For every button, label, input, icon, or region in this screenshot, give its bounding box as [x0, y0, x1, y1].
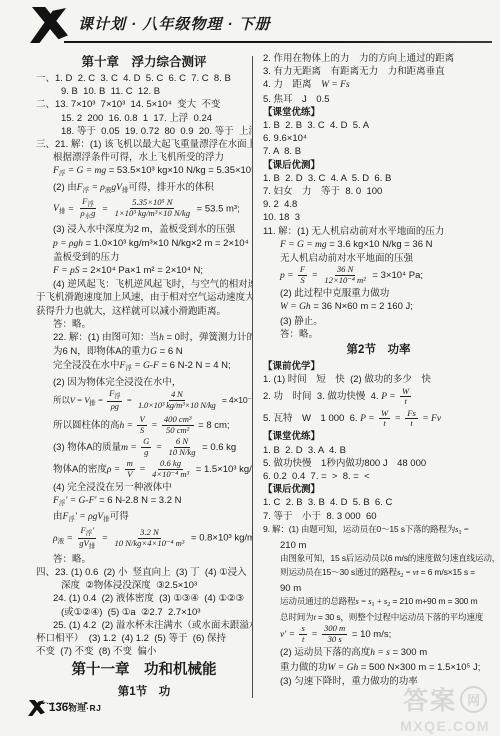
math-text: = [65, 204, 76, 214]
page-footer: 136 物理·RJ [28, 698, 101, 718]
math-text: ′ = ρg [75, 512, 98, 522]
text-line: F浮 = G = mg = 53.5×10³ kg×10 N/kg = 5.35… [36, 164, 252, 180]
text-line: 18. 等于 0.05 19. 0.72 80 0.9 20. 等于 上浮 [36, 125, 252, 138]
fraction: 0.6 kg4×10⁻⁴ m³ [150, 459, 191, 480]
fraction: Fst [405, 409, 418, 430]
text-line: 7. 妇女 力 等于 8. 0 100 [263, 185, 494, 198]
fraction: FS [298, 265, 307, 286]
math-text: t [314, 612, 316, 622]
math-text: m [127, 458, 133, 468]
math-text: ρg [111, 401, 119, 411]
math-text: S [140, 425, 144, 435]
left-column: 第十章 浮力综合测评一、1. D 2. C 3. C 4. D 5. C 6. … [36, 52, 252, 704]
text-line: 9. 解：(1) 由题可知，运动员在0～15 s下落的路程为s1 = [263, 523, 494, 539]
math-text: h = [120, 421, 136, 431]
text-line: 运动员通过的总路程s = s1 + s2 = 210 m+90 m = 300 … [263, 595, 494, 611]
math-text: W = Gh [328, 663, 359, 673]
math-variable: V排 [84, 395, 95, 405]
math-text: = [137, 465, 148, 475]
math-text: = vt [403, 567, 418, 577]
math-text: Fs [407, 408, 416, 418]
math-text: p = ρgh [53, 239, 83, 249]
fraction: VS [137, 415, 146, 436]
math-text: F = G = mg [280, 240, 327, 250]
text-line: 1. B 2. D 3. A 4. B [263, 444, 494, 457]
text-line: 盖板受到的压力 [36, 251, 252, 264]
math-text: g [144, 447, 148, 457]
text-line: 为6 N，即物体A的重力G = 6 N [36, 345, 252, 359]
math-text: s = [356, 596, 369, 606]
text-line: (4) 逆风起飞：飞机逆风起飞时，与空气的相对速度等 [36, 278, 252, 291]
fraction: mV [125, 459, 135, 480]
fraction: 3.2 N10 N/kg×4×10⁻⁴ m³ [112, 528, 186, 549]
math-text: = [124, 395, 134, 405]
text-line: p = ρgh = 1.0×10³ kg/m³×10 N/kg×2 m = 2×… [36, 237, 252, 251]
math-text: W [402, 386, 409, 396]
math-text: = G = mg [65, 166, 106, 176]
math-text: t [410, 418, 412, 428]
text-line: 完全浸没在水中F浮 = G-F = 6 N-2 N = 4 N; [36, 359, 252, 375]
block-label: 【课后优测】 [263, 483, 494, 496]
math-text: G [150, 347, 157, 357]
math-text: h [159, 333, 164, 343]
text-line: 二、13. 7×10³ 7×10³ 14. 5×10⁴ 变大 不变 [36, 98, 252, 111]
fraction: F浮′gV排 [77, 526, 97, 550]
text-line: 7. 等于 小于 8. 3 000 60 [263, 510, 494, 523]
text-line: 重力做的功W = Gh = 500 N×300 m = 1.5×10⁵ J; [263, 661, 494, 675]
brand-logo-icon [30, 7, 68, 43]
fraction: Wt [379, 409, 390, 430]
text-line: 深度 ②物体浸没深度 ③2.5×10³ [36, 579, 252, 592]
text-line: 答：略。 [36, 318, 252, 331]
text-line: 10. 18 3 [263, 211, 494, 224]
text-line: 由F浮′ = ρgV排可得 [36, 510, 252, 526]
text-line: (2) 此过程中克服重力做功 [263, 287, 494, 300]
text-line: 11. 解：(1) 无人机启动前对水平地面的压力 [263, 225, 494, 238]
text-line: 答：略。 [263, 328, 494, 341]
math-text: = [309, 271, 320, 281]
text-line: 根据漂浮条件可得，水上飞机所受的浮力 [36, 151, 252, 164]
text-line: 9. B 10. B 11. C 12. B [36, 85, 252, 98]
chapter-11-heading: 第十一章 功和机械能 [36, 658, 252, 683]
math-text: s [301, 623, 304, 633]
fraction: 400 cm³50 cm² [162, 415, 194, 436]
block-label: 【课堂优练】 [263, 430, 494, 443]
math-variable: F浮 [63, 512, 75, 522]
text-line: 所以圆柱体的高h = VS = 400 cm³50 cm² = 8 cm; [36, 415, 252, 437]
math-text: P = [381, 392, 398, 402]
math-text: t [383, 418, 385, 428]
text-line: (3) 浸入水中深度为2 m，盖板受到水的压强 [36, 223, 252, 236]
text-line: v′ = st = 300 m30 s = 10 m/s; [263, 624, 494, 646]
math-variable: F浮 [82, 196, 94, 206]
fraction: F浮ρg [107, 389, 122, 411]
math-text: = [149, 421, 160, 431]
block-label: 【课后优测】 [263, 159, 494, 172]
page-number: 136 [49, 702, 68, 714]
math-text: v′ = [280, 630, 297, 640]
text-line: F浮′ = G-F′ = 6 N-2.8 N = 3.2 N [36, 494, 252, 510]
text-line: (2) 运动员下落的高度h = s = 300 m [263, 646, 494, 660]
math-text: = Fv [420, 414, 441, 424]
fraction: Wt [400, 387, 411, 408]
math-variable: V排 [84, 538, 96, 548]
text-line: 4. 力 距离 W = Fs [263, 78, 494, 92]
text-line: 25. (1) 4.2 (2) 溢水杯未注满水（或水面未跟溢水杯 [36, 619, 252, 632]
math-variable: F浮 [53, 166, 65, 176]
text-line: 于飞机滑跑速度加上风速，由于相对空气运动速度大， [36, 291, 252, 304]
text-line: (2) 由F浮 = ρ液gV排可得，排开水的体积 [36, 181, 252, 197]
text-line: (或①②④) (5) ①a ②2.7 2.7×10³ [36, 606, 252, 619]
header-rule [64, 41, 492, 43]
math-variable: F浮 [109, 388, 120, 398]
text-line: 由图象可知，15 s后运动员以6 m/s的速度做匀速直线运动， [263, 552, 494, 565]
math-text: = G-F [132, 361, 159, 371]
math-text: h = s [370, 648, 390, 658]
text-line: 不变 (7) 不变 (8) 不变 偏小 [36, 645, 252, 658]
text-line: 一、1. D 2. C 3. C 4. D 5. C 6. C 7. C 8. … [36, 72, 252, 85]
text-line: 答：略。 [36, 553, 252, 566]
math-text: g [79, 538, 83, 548]
text-line: 三、21. 解：(1) 该飞机以最大起飞重量漂浮在水面上时， [36, 138, 252, 151]
math-variable: s2 [384, 596, 390, 606]
math-text: = [392, 414, 403, 424]
text-line: 5. 焦耳 J 0.5 [263, 93, 494, 106]
text-line: 获得升力也就大，这样就可以减小滑跑距离。 [36, 305, 252, 318]
math-text: F = pS [53, 266, 79, 276]
math-text: = [64, 534, 75, 544]
math-text: ′ = G-F′ [65, 496, 96, 506]
math-text: S [300, 275, 304, 285]
math-text: t [302, 634, 304, 644]
math-text: g [91, 208, 95, 218]
text-line: (3) 静止。 [263, 315, 494, 328]
math-variable: ρ水 [80, 208, 91, 218]
text-line: V排 = F浮ρ水g = 5.35×10⁵ N1×10³ kg/m³×10 N/… [36, 197, 252, 223]
text-line: 1. C 2. B 3. B 4. D 5. B 6. C [263, 496, 494, 509]
fraction: Gg [141, 437, 151, 458]
math-text: W = Fs [321, 80, 350, 90]
text-line: 2. 作用在物体上的力 力的方向上通过的距离 [263, 52, 494, 65]
math-text: P = [360, 414, 377, 424]
watermark-site-url: MXQE.COM [400, 718, 490, 734]
math-text: + [374, 596, 384, 606]
text-line: 无人机启动前对水平地面的压强 [263, 252, 494, 265]
footer-logo-icon [28, 700, 45, 716]
text-line: (2) 因为物体完全浸没在水中， [36, 376, 252, 389]
text-line: 90 m [263, 582, 494, 595]
fraction: 6 N10 N/kg [167, 437, 198, 458]
text-line: 24. (1) 0.4 (2) 液体密度 (3) ①③④ (4) ①②③ [36, 592, 252, 605]
math-text: = [96, 395, 106, 405]
math-variable: V排 [116, 183, 128, 193]
watermark-site-circle-icon: 网 [460, 686, 487, 713]
text-line: 2. 功 时间 3. 做功快慢 4. P = Wt [263, 386, 494, 408]
fraction: 300 m30 s [322, 624, 347, 645]
math-text: = [461, 524, 469, 534]
text-line: W = Gh = 36 N×60 m = 2 160 J; [263, 300, 494, 314]
text-line: (4) 完全浸没在另一种液体中 [36, 481, 252, 494]
watermark-site-name: 答案 [403, 681, 457, 717]
page: 课计划 · 八年级物理 · 下册 第十章 浮力综合测评一、1. D 2. C 3… [0, 0, 500, 736]
math-text: = [99, 534, 110, 544]
math-text: V = [70, 395, 84, 405]
math-text: = [153, 443, 164, 453]
text-line: p = FS = 36 N12×10⁻⁴ m² = 3×10⁴ Pa; [263, 265, 494, 287]
text-line: 22. 解：(1) 由图可知：当h = 0时，弹簧测力计的示数 [36, 331, 252, 345]
text-line: F = G = mg = 3.6 kg×10 N/kg = 36 N [263, 238, 494, 252]
text-line: ρ液 = F浮′gV排 = 3.2 N10 N/kg×4×10⁻⁴ m³ = 0… [36, 526, 252, 552]
block-label: 【课堂优练】 [263, 106, 494, 119]
math-text: p = [280, 271, 296, 281]
text-line: 210 m [263, 539, 494, 552]
text-line: 15. 2 200 16. 0.8 1 17. 上浮 0.24 [36, 112, 252, 125]
edition-label: 物理·RJ [68, 702, 101, 714]
text-line: 则运动员在15～30 s通过的路程s2 = vt = 6 m/s×15 s = [263, 566, 494, 582]
text-line: 物体A的密度ρ = mV = 0.6 kg4×10⁻⁴ m³ = 1.5×10³… [36, 459, 252, 481]
column-divider [252, 56, 253, 698]
text-line: 杯口相平） (3) 1.2 (4) 1.2 (5) 等于 (6) 保持 [36, 632, 252, 645]
text-line: 6. 0.2 0.4 7. = > 8. = < [263, 470, 494, 483]
math-variable: ρ液 [100, 183, 111, 193]
fraction: 36 N12×10⁻⁴ m² [322, 265, 367, 286]
math-variable: F浮 [120, 361, 132, 371]
text-line: F = pS = 2×10⁴ Pa×1 m² = 2×10⁴ N; [36, 264, 252, 278]
math-text: V [139, 414, 144, 424]
math-text: ρ = [107, 465, 123, 475]
section-2-heading: 第2节 功率 [263, 341, 494, 360]
math-text: G [143, 436, 149, 446]
text-line: 5. 做功快慢 1秒内做功800 J 48 000 [263, 457, 494, 470]
math-variable: F浮 [77, 183, 89, 193]
fraction: F浮ρ水g [78, 197, 97, 221]
math-text: m = [121, 443, 139, 453]
text-line: 7. A 8. B [263, 145, 494, 158]
math-variable: ρ液 [53, 534, 64, 544]
text-line: (3) 物体A的质量m = Gg = 6 N10 N/kg = 0.6 kg [36, 437, 252, 459]
page-header: 课计划 · 八年级物理 · 下册 [0, 0, 500, 50]
math-variable: F浮 [53, 496, 65, 506]
math-text: V [127, 469, 132, 479]
math-variable: V排 [53, 204, 65, 214]
math-variable: V排 [97, 512, 109, 522]
watermark: 答案 网 MXQE.COM [400, 681, 490, 734]
page-title: 课计划 · 八年级物理 · 下册 [78, 13, 271, 34]
math-text: = [99, 204, 110, 214]
math-text: W = Gh [280, 302, 311, 312]
text-line: 四、23. (1) 0.6 (2) 小 竖直向上 (3) 丁 (4) ①浸入 [36, 566, 252, 579]
math-text: F [300, 264, 305, 274]
chapter-10-heading: 第十章 浮力综合测评 [36, 52, 252, 72]
math-text: t [404, 396, 406, 406]
text-line: 5. 瓦特 W 1 000 6. P = Wt = Fst = Fv [263, 408, 494, 430]
math-text: W [381, 408, 388, 418]
text-line: 所以V = V排 = F浮ρg = 4 N1.0×10³ kg/m³×10 N/… [36, 389, 252, 415]
fraction: 5.35×10⁵ N1×10³ kg/m³×10 N/kg [113, 198, 192, 219]
right-column: 2. 作用在物体上的力 力的方向上通过的距离3. 有力无距离 有距离无力 力和距… [263, 52, 494, 704]
text-line: 3. 有力无距离 有距离无力 力和距离垂直 [263, 65, 494, 78]
fraction: st [299, 624, 306, 645]
fraction: 4 N1.0×10³ kg/m³×10 N/kg [136, 390, 218, 411]
text-line: 1. (1) 时间 短 快 (2) 做功的多少 快 [263, 373, 494, 386]
text-line: 6. 9.6×10⁴ [263, 132, 494, 145]
math-variable: F浮 [80, 525, 92, 535]
block-label: 【课前优学】 [263, 360, 494, 373]
text-line: 1. B 2. B 3. C 4. D 5. A [263, 119, 494, 132]
math-text: = [89, 183, 100, 193]
math-text: = [309, 630, 320, 640]
text-line: 9. 2 4.8 [263, 198, 494, 211]
math-text: ′ [92, 525, 94, 535]
text-line: 1. B 2. D 3. C 4. A 5. D 6. B [263, 172, 494, 185]
text-line: 总时间为t = 30 s，则整个过程中运动员下落的平均速度 [263, 611, 494, 624]
